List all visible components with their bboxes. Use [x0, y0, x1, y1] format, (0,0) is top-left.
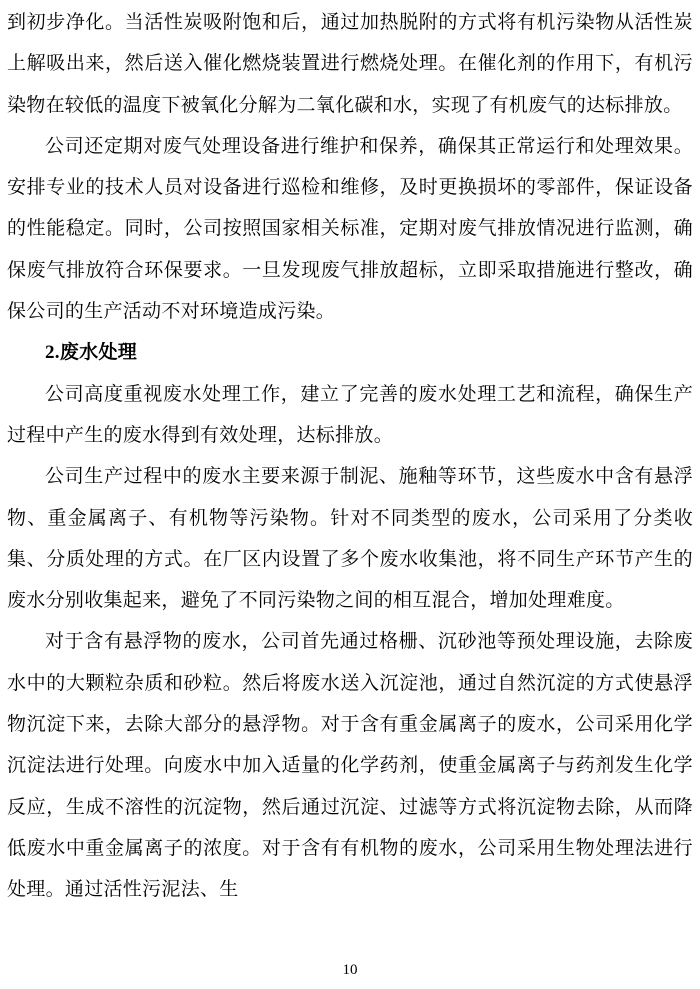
page-number: 10: [343, 962, 358, 978]
paragraph-equipment-maintenance: 公司还定期对废气处理设备进行维护和保养，确保其正常运行和处理效果。安排专业的技术…: [7, 126, 693, 332]
paragraph-wastewater-sources: 公司生产过程中的废水主要来源于制泥、施釉等环节，这些废水中含有悬浮物、重金属离子…: [7, 456, 693, 621]
document-page: 到初步净化。当活性炭吸附饱和后，通过加热脱附的方式将有机污染物从活性炭上解吸出来…: [0, 0, 700, 989]
section-heading-wastewater-treatment: 2.废水处理: [7, 332, 693, 373]
paragraph-treatment-methods: 对于含有悬浮物的废水，公司首先通过格栅、沉砂池等预处理设施，去除废水中的大颗粒杂…: [7, 621, 693, 910]
page-footer: 10: [0, 961, 700, 979]
paragraph-wastewater-overview: 公司高度重视废水处理工作，建立了完善的废水处理工艺和流程，确保生产过程中产生的废…: [7, 374, 693, 457]
paragraph-waste-gas-continued: 到初步净化。当活性炭吸附饱和后，通过加热脱附的方式将有机污染物从活性炭上解吸出来…: [7, 2, 693, 126]
